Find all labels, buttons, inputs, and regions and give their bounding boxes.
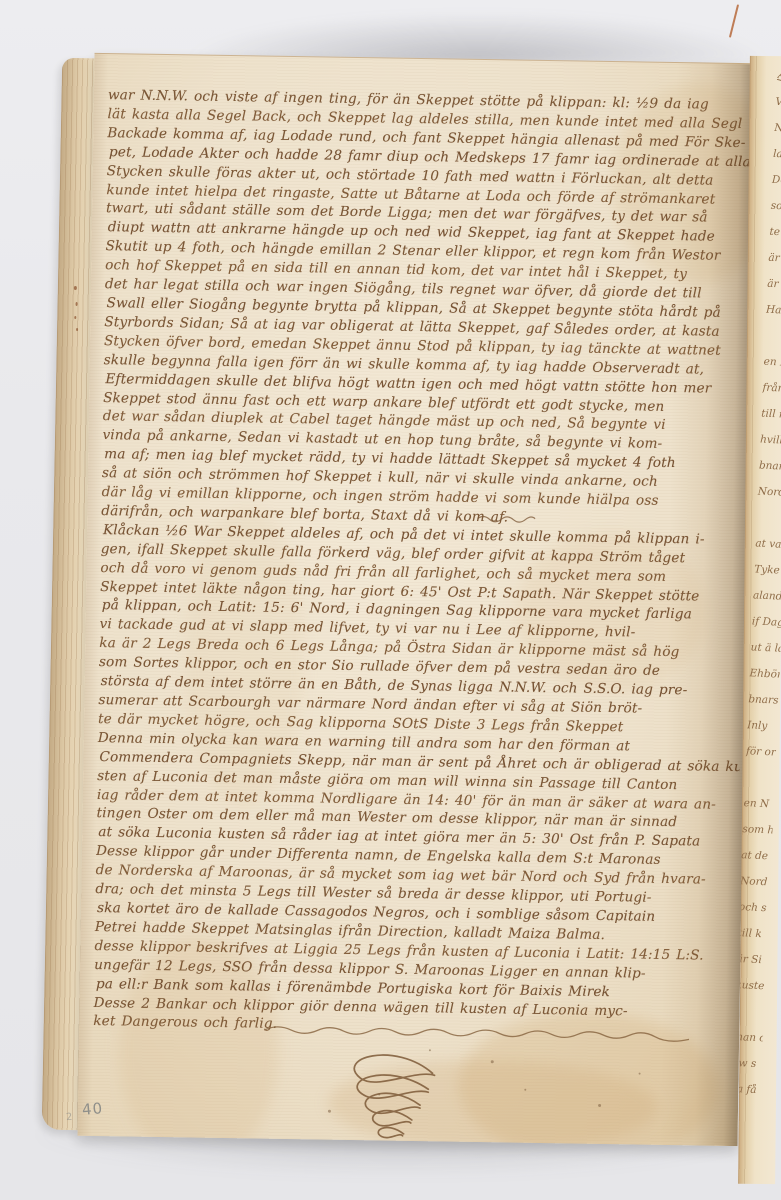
fore-edge-speck <box>76 328 78 331</box>
foxing-speck <box>491 1060 494 1063</box>
foxing-speck <box>524 1089 526 1091</box>
facing-page-line-fragment: som h <box>742 823 773 850</box>
facing-page-line-fragment <box>744 771 775 798</box>
facing-page-line-fragment: Vi nod <box>775 96 781 123</box>
facing-page-line-fragment: från la <box>762 382 781 409</box>
facing-page-line-fragment: är i La <box>766 278 781 305</box>
scribal-flourish-icon <box>313 1039 445 1146</box>
facing-page-line-fragment: till k <box>738 927 768 954</box>
facing-page-line-fragment: bnarsk <box>747 693 778 720</box>
facing-page-line-fragment <box>756 511 781 538</box>
manuscript-page: war N.N.W. och viste af ingen ting, för … <box>78 53 755 1146</box>
facing-page-line-fragment: Nord <box>739 875 770 902</box>
facing-page-line-fragment: Det är <box>771 174 781 201</box>
facing-page-line-fragment: är Si <box>738 953 767 980</box>
fore-edge-speck <box>76 302 78 306</box>
facing-page-line-fragment: hvilke <box>759 434 781 461</box>
facing-page-line-fragment: är Dy <box>767 252 781 279</box>
facing-page-line-fragment: Ehbör <box>749 667 780 694</box>
facing-page-line-fragment: för ord <box>745 745 776 772</box>
small-ink-squiggle-icon <box>477 512 535 525</box>
fore-edge-speck <box>74 316 76 319</box>
pencil-page-number: 40 <box>81 1099 104 1119</box>
photographed-manuscript-scene: war N.N.W. och viste af ingen ting, för … <box>0 0 781 1200</box>
facing-page-line-fragment <box>738 1005 764 1032</box>
facing-page-line-fragment: at de <box>740 849 771 876</box>
facing-page-line-fragment: en N <box>743 797 774 824</box>
facing-page-line-fragment <box>764 330 781 357</box>
facing-page-line-fragment: som Se <box>770 200 781 227</box>
facing-page-line-fragment: Inly <box>746 719 777 746</box>
facing-page-line-fragment: liw s <box>738 1057 762 1084</box>
facing-page-line-fragment: te Ha <box>769 226 781 253</box>
facing-page-line-fragment: at vara <box>755 537 781 564</box>
facing-page-line-fragment: man c <box>738 1031 763 1058</box>
facing-page-line-fragment: Nord; <box>757 485 781 512</box>
facing-page-line-fragment: Tyke la <box>753 563 781 590</box>
facing-page-line-fragment: en Ba <box>763 356 781 383</box>
facing-page-line-fragment: kuste <box>738 979 766 1006</box>
facing-page-line-fragment: ut ä la <box>750 641 781 668</box>
facing-page-line-fragment: Nord So <box>773 122 781 149</box>
facing-page-line-fragment: bnarg <box>758 460 781 487</box>
foxing-speck <box>598 1104 601 1107</box>
pencil-mark-secondary: 2 <box>66 1112 73 1124</box>
manuscript-text: war N.N.W. och viste af ingen ting, för … <box>93 87 750 1057</box>
facing-page-line-fragment: alandet <box>752 589 781 616</box>
foxing-speck <box>639 1073 641 1075</box>
facing-page-line-fragment: if Dag <box>751 615 781 642</box>
facing-page-line-fragment: landet b <box>772 148 781 175</box>
facing-page-line-fragment: till ma <box>760 408 781 435</box>
fore-edge-speck <box>74 286 77 290</box>
facing-page-line-fragment: Ta få <box>738 1083 761 1110</box>
facing-page-line-fragment: och s <box>738 901 769 928</box>
facing-page-line-fragment: Hade <box>765 304 781 331</box>
